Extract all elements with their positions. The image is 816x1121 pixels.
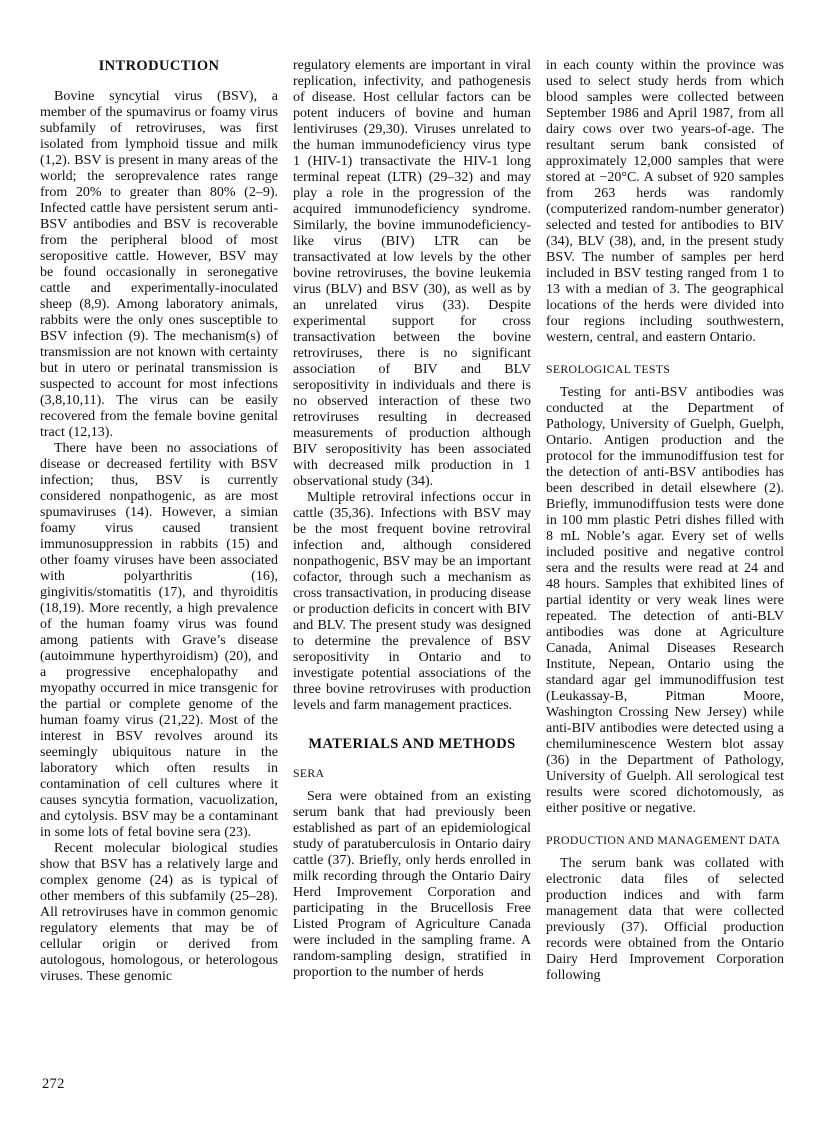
journal-article-page: INTRODUCTION Bovine syncytial virus (BSV… bbox=[0, 0, 816, 1121]
intro-paragraph-4: Multiple retroviral infections occur in … bbox=[293, 490, 531, 714]
introduction-heading: INTRODUCTION bbox=[40, 58, 278, 74]
column-1: INTRODUCTION Bovine syncytial virus (BSV… bbox=[40, 58, 278, 985]
three-column-body: INTRODUCTION Bovine syncytial virus (BSV… bbox=[40, 58, 786, 985]
intro-paragraph-1: Bovine syncytial virus (BSV), a member o… bbox=[40, 89, 278, 441]
production-management-paragraph-1: The serum bank was collated with electro… bbox=[546, 856, 784, 984]
serological-tests-paragraph-1: Testing for anti-BSV antibodies was cond… bbox=[546, 385, 784, 817]
serological-tests-subheading: SEROLOGICAL TESTS bbox=[546, 362, 784, 376]
sera-subheading: SERA bbox=[293, 766, 531, 780]
column-3: in each county within the province was u… bbox=[546, 58, 784, 985]
intro-paragraph-3: Recent molecular biological studies show… bbox=[40, 841, 278, 985]
sera-paragraph-1-continued: in each county within the province was u… bbox=[546, 58, 784, 346]
column-2: regulatory elements are important in vir… bbox=[293, 58, 531, 985]
production-management-data-subheading: PRODUCTION AND MANAGEMENT DATA bbox=[546, 833, 784, 847]
page-number: 272 bbox=[42, 1076, 65, 1093]
intro-paragraph-3-continued: regulatory elements are important in vir… bbox=[293, 58, 531, 490]
intro-paragraph-2: There have been no associations of disea… bbox=[40, 441, 278, 841]
sera-paragraph-1: Sera were obtained from an existing seru… bbox=[293, 789, 531, 981]
materials-and-methods-heading: MATERIALS AND METHODS bbox=[293, 736, 531, 752]
